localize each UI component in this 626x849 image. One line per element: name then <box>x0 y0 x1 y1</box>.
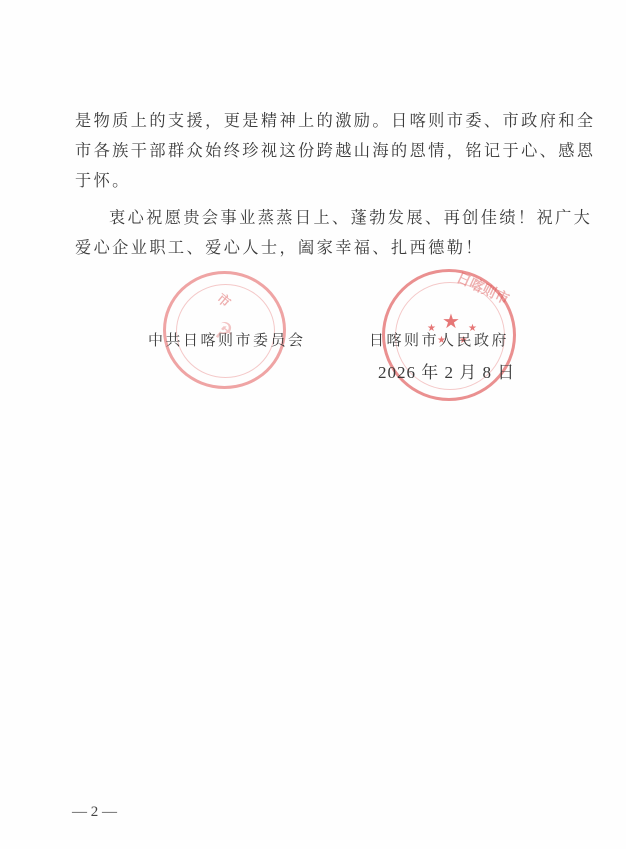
text-line: 于怀。 <box>75 166 555 196</box>
signature-date: 2026 年 2 月 8 日 <box>378 358 515 383</box>
signature-party-committee: 中共日喀则市委员会 <box>148 329 306 350</box>
text-line: 是物质上的支援，更是精神上的激励。日喀则市委、市政府和全 <box>75 106 555 136</box>
signature-government: 日喀则市人民政府 <box>369 329 509 350</box>
page-number: — 2 — <box>72 804 117 821</box>
paragraph-wishes: 衷心祝愿贵会事业蒸蒸日上、蓬勃发展、再创佳绩！祝广大 爱心企业职工、爱心人士，阖… <box>75 203 555 263</box>
text-line: 爱心企业职工、爱心人士，阖家幸福、扎西德勒！ <box>75 233 555 263</box>
text-line: 衷心祝愿贵会事业蒸蒸日上、蓬勃发展、再创佳绩！祝广大 <box>75 203 555 233</box>
text-line: 市各族干部群众始终珍视这份跨越山海的恩情，铭记于心、感恩 <box>75 136 555 166</box>
document-page: 是物质上的支援，更是精神上的激励。日喀则市委、市政府和全 市各族干部群众始终珍视… <box>0 0 626 849</box>
paragraph-gratitude: 是物质上的支援，更是精神上的激励。日喀则市委、市政府和全 市各族干部群众始终珍视… <box>75 106 555 196</box>
